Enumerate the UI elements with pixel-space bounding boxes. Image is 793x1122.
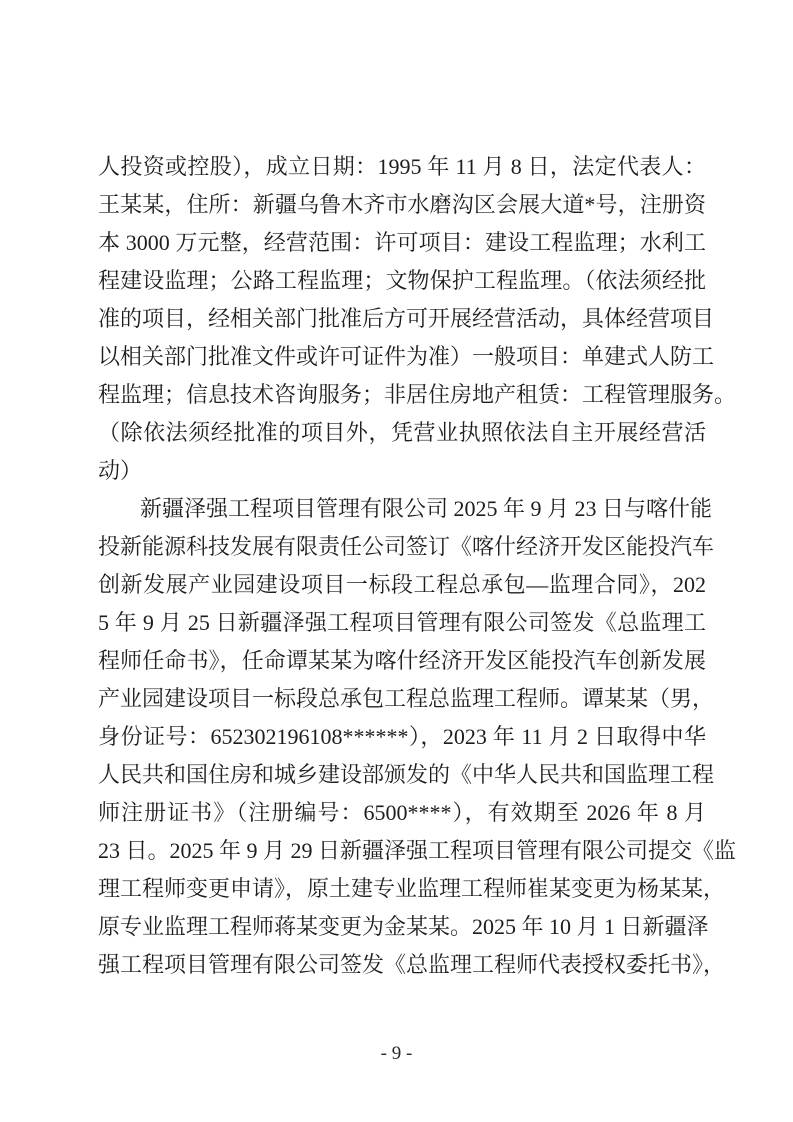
text-line: 强工程项目管理有限公司签发《总监理工程师代表授权委托书》， (98, 946, 706, 984)
text-line: 程师任命书》，任命谭某某为喀什经济开发区能投汽车创新发展 (98, 642, 706, 680)
text-line: 原专业监理工程师蒋某变更为金某某。2025 年 10 月 1 日新疆泽 (98, 908, 706, 946)
document-page: 人投资或控股），成立日期：1995 年 11 月 8 日，法定代表人： 王某某，… (0, 0, 793, 1122)
text-line: 王某某，住所：新疆乌鲁木齐市水磨沟区会展大道*号，注册资 (98, 186, 706, 224)
text-line: （除依法须经批准的项目外，凭营业执照依法自主开展经营活 (98, 414, 706, 452)
body-text: 人投资或控股），成立日期：1995 年 11 月 8 日，法定代表人： 王某某，… (98, 148, 706, 984)
paragraph-project-contract: 新疆泽强工程项目管理有限公司 2025 年 9 月 23 日与喀什能 投新能源科… (98, 490, 706, 984)
page-number: - 9 - (0, 1042, 793, 1066)
text-line: 5 年 9 月 25 日新疆泽强工程项目管理有限公司签发《总监理工 (98, 604, 706, 642)
text-line: 投新能源科技发展有限责任公司签订《喀什经济开发区能投汽车 (98, 528, 706, 566)
text-line: 产业园建设项目一标段总承包工程总监理工程师。谭某某（男， (98, 680, 706, 718)
text-line: 理工程师变更申请》，原土建专业监理工程师崔某变更为杨某某， (98, 870, 706, 908)
text-line: 以相关部门批准文件或许可证件为准）一般项目：单建式人防工 (98, 338, 706, 376)
text-line: 程建设监理；公路工程监理；文物保护工程监理。（依法须经批 (98, 262, 706, 300)
text-line: 动） (98, 452, 706, 490)
text-line: 人民共和国住房和城乡建设部颁发的《中华人民共和国监理工程 (98, 756, 706, 794)
paragraph-company-info: 人投资或控股），成立日期：1995 年 11 月 8 日，法定代表人： 王某某，… (98, 148, 706, 490)
text-line: 程监理；信息技术咨询服务；非居住房地产租赁：工程管理服务。 (98, 376, 706, 414)
text-line: 师注册证书》（注册编号：6500****），有效期至 2026 年 8 月 (98, 794, 706, 832)
text-line: 23 日。2025 年 9 月 29 日新疆泽强工程项目管理有限公司提交《监 (98, 832, 706, 870)
text-line: 本 3000 万元整，经营范围：许可项目：建设工程监理；水利工 (98, 224, 706, 262)
text-line: 创新发展产业园建设项目一标段工程总承包—监理合同》，202 (98, 566, 706, 604)
text-line: 人投资或控股），成立日期：1995 年 11 月 8 日，法定代表人： (98, 148, 706, 186)
text-line: 身份证号：652302196108******），2023 年 11 月 2 日… (98, 718, 706, 756)
text-line: 新疆泽强工程项目管理有限公司 2025 年 9 月 23 日与喀什能 (98, 490, 706, 528)
text-line: 准的项目，经相关部门批准后方可开展经营活动，具体经营项目 (98, 300, 706, 338)
